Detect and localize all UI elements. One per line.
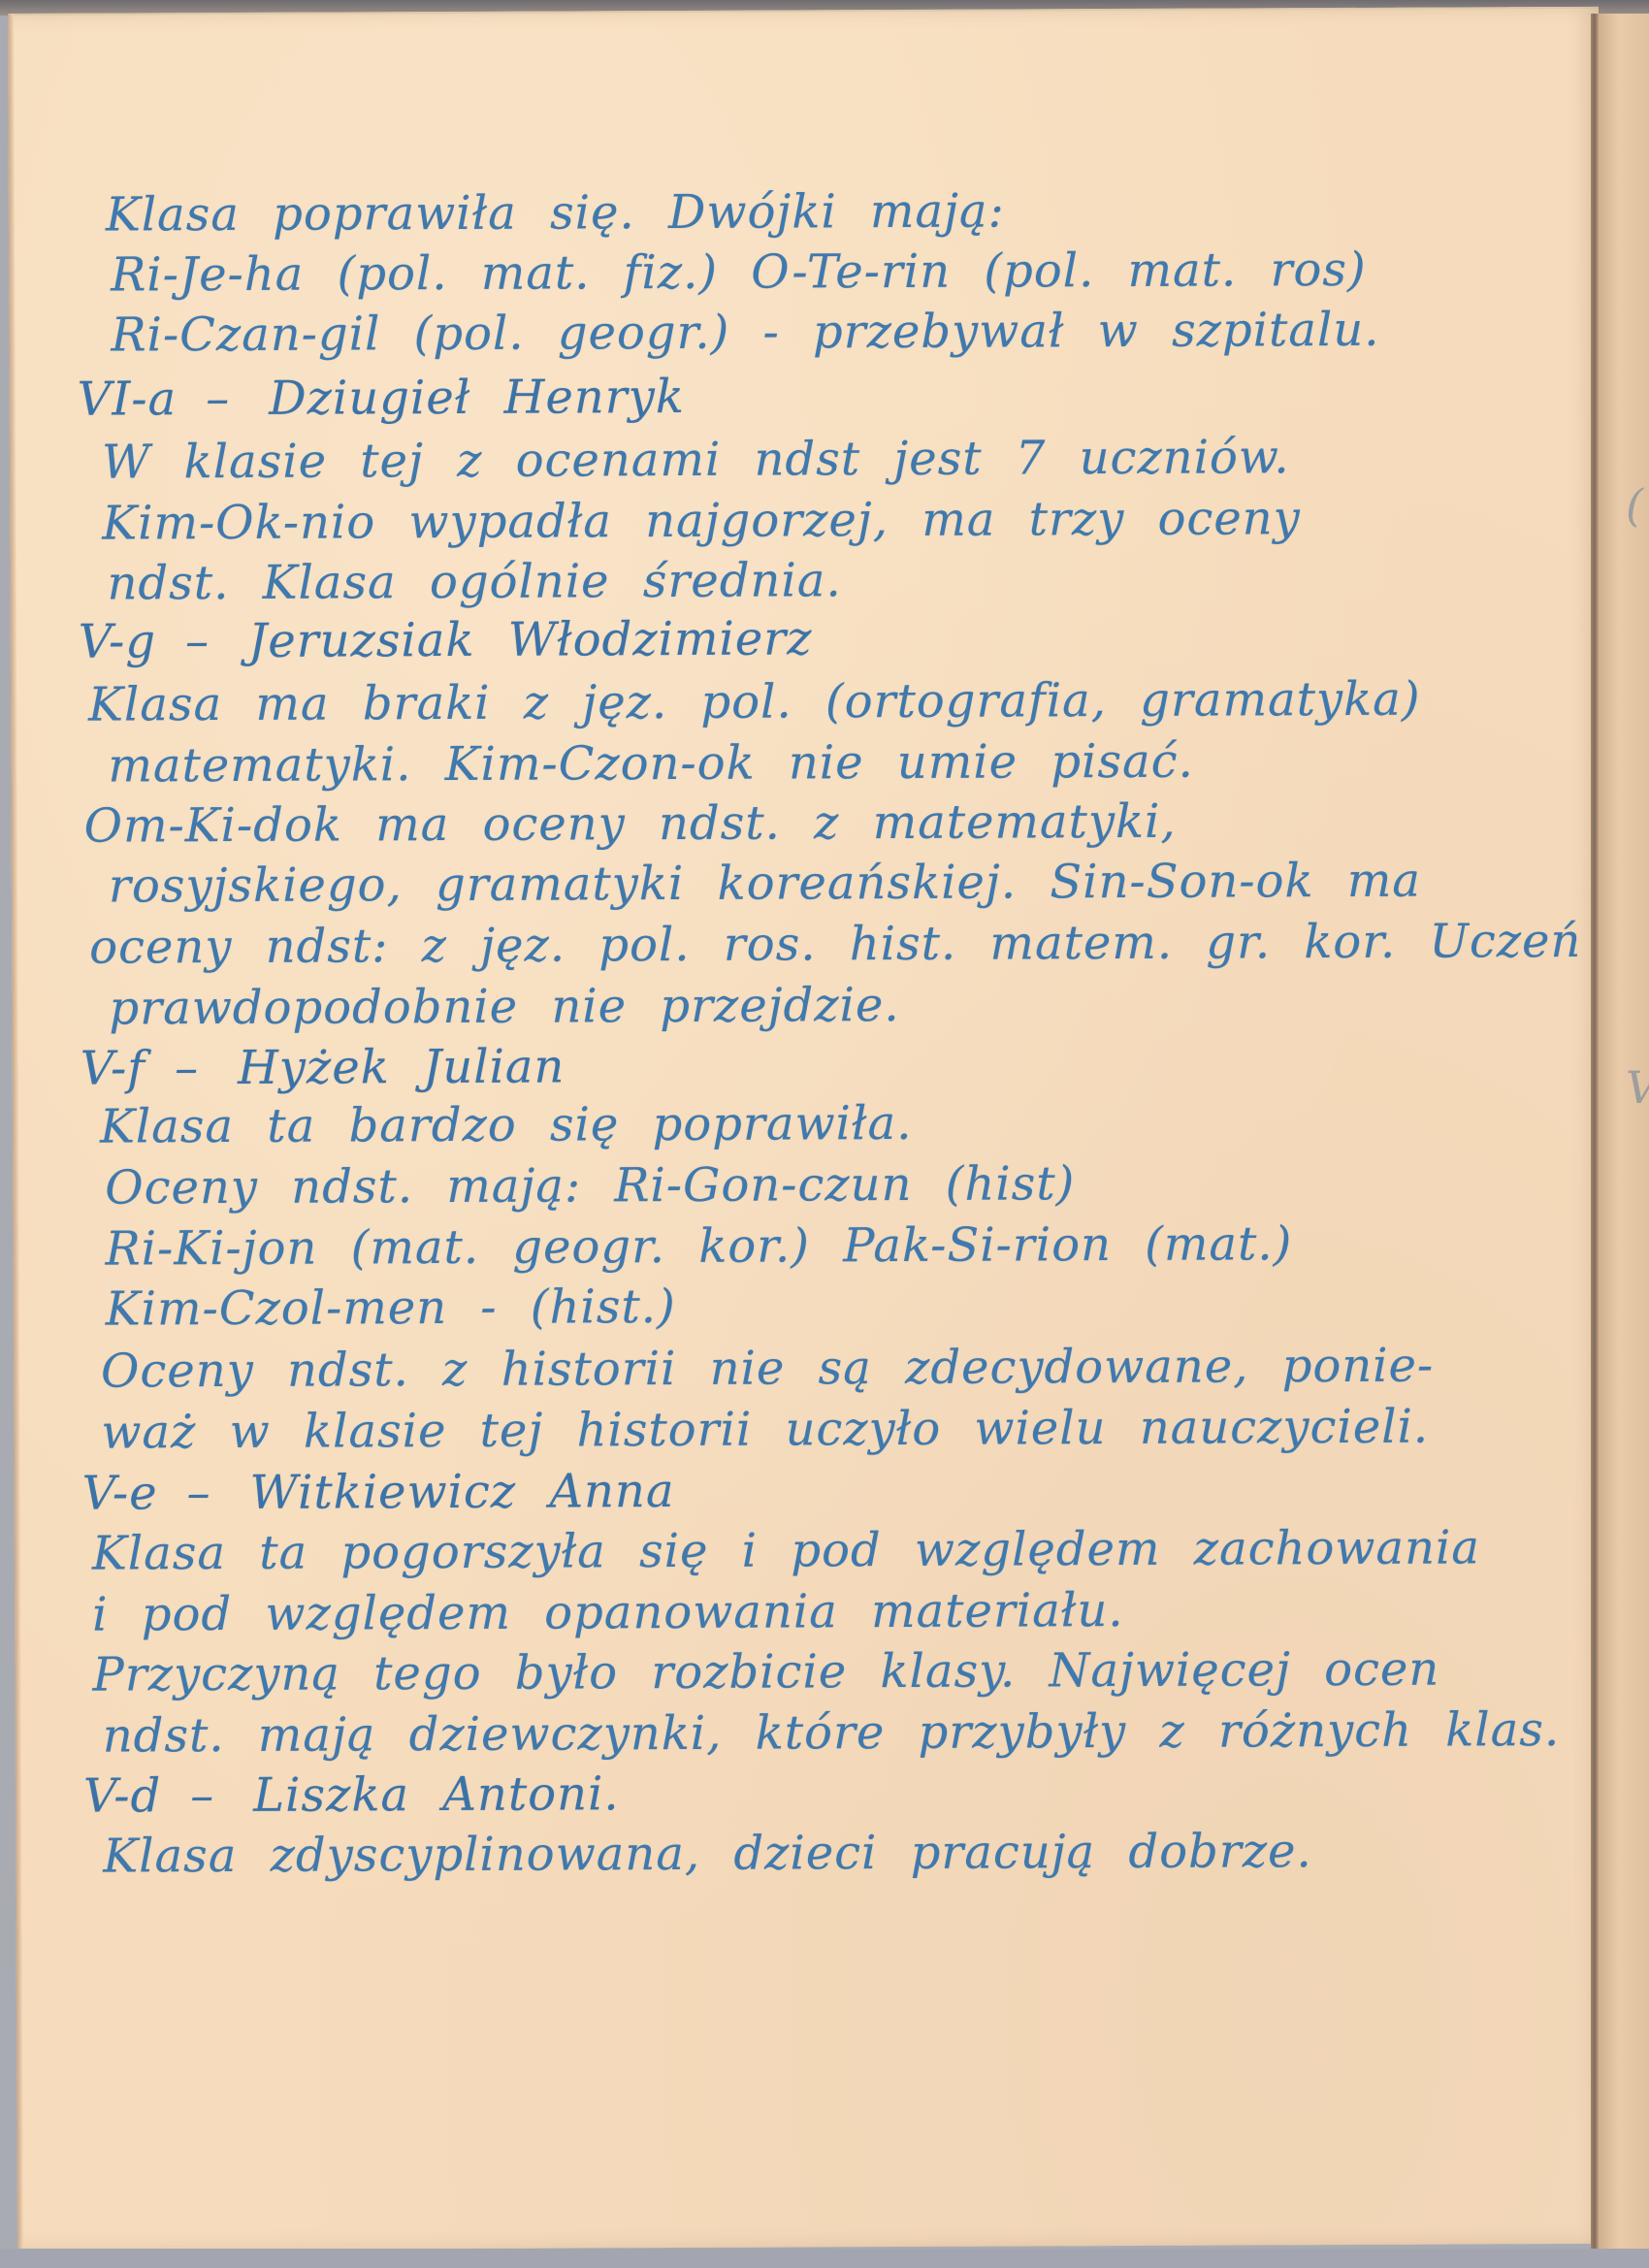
dash: – [206,372,230,426]
text-line: Klasa ta bardzo się poprawiła. [100,1096,913,1154]
text-line: ndst. mają dziewczynki, które przybyły z… [103,1702,1561,1764]
text-line: i pod względem opanowania materiału. [92,1583,1124,1642]
page-left-edge [8,14,23,2251]
text-line: Klasa zdyscyplinowana, dzieci pracują do… [103,1824,1312,1883]
class-heading: VI-a–Dziugieł Henryk [78,370,685,427]
text-line: matematyki. Kim-Czon-ok nie umie pisać. [108,734,1194,794]
text-line: waż w klasie tej historii uczyło wielu n… [101,1400,1429,1460]
class-heading: V-f–Hyżek Julian [81,1040,566,1096]
class-label: V-e [82,1466,158,1520]
next-page-fragment: V [1626,1061,1649,1114]
class-heading: V-e–Witkiewicz Anna [82,1464,675,1521]
class-label: V-d [83,1768,161,1823]
text-line: W klasie tej z ocenami ndst jest 7 uczni… [102,430,1290,489]
text-line: Klasa poprawiła się. Dwójki mają: [106,184,1005,243]
text-line: Oceny ndst. mają: Ri-Gon-czun (hist) [105,1156,1075,1215]
text-line: oceny ndst: z jęz. pol. ros. hist. matem… [89,913,1649,974]
text-line: Kim-Ok-nio wypadła najgorzej, ma trzy oc… [102,491,1301,550]
text-line: Oceny ndst. z historii nie są zdecydowan… [101,1339,1434,1399]
dash: – [185,614,210,668]
class-heading: V-g–Jeruzsiak Włodzimierz [79,611,813,668]
dash: – [186,1466,210,1520]
teacher-name: Jeruzsiak Włodzimierz [248,611,813,668]
text-line: Om-Ki-dok ma oceny ndst. z matematyki, [84,794,1177,854]
text-line: Klasa ma braki z jęz. pol. (ortografia, … [88,672,1421,732]
dash: – [175,1041,199,1095]
text-line: rosyjskiego, gramatyki koreańskiej. Sin-… [109,854,1421,914]
scan-bottom-edge [0,2249,1649,2268]
handwritten-text-block: Klasa poprawiła się. Dwójki mają: Ri-Je-… [67,181,1541,188]
dash: – [190,1768,214,1823]
next-page-fragment: ( [1626,479,1643,532]
text-line: Kim-Czol-men - (hist.) [106,1280,676,1337]
teacher-name: Witkiewicz Anna [249,1464,674,1520]
text-line: Klasa ta pogorszyła się i pod względem z… [92,1520,1480,1580]
text-line: Ri-Ki-jon (mat. geogr. kor.) Pak-Si-rion… [105,1216,1292,1276]
teacher-name: Dziugieł Henryk [269,370,685,426]
class-label: V-f [81,1041,145,1095]
text-line: Przyczyną tego było rozbicie klasy. Najw… [92,1642,1439,1702]
class-label: VI-a [78,372,178,426]
notebook-binding [1591,14,1599,2251]
text-line: Ri-Czan-gil (pol. geogr.) - przebywał w … [111,303,1379,363]
text-line: Ri-Je-ha (pol. mat. fiz.) O-Te-rin (pol.… [111,243,1367,303]
next-page-edge: ( V [1599,14,1649,2251]
notebook-page: Klasa poprawiła się. Dwójki mają: Ri-Je-… [8,7,1608,2251]
teacher-name: Hyżek Julian [238,1040,566,1095]
teacher-name: Liszka Antoni. [253,1766,620,1823]
text-line: ndst. Klasa ogólnie średnia. [107,553,841,610]
class-heading: V-d–Liszka Antoni. [83,1766,620,1823]
text-line: prawdopodobnie nie przejdzie. [109,978,899,1036]
class-label: V-g [79,614,156,668]
